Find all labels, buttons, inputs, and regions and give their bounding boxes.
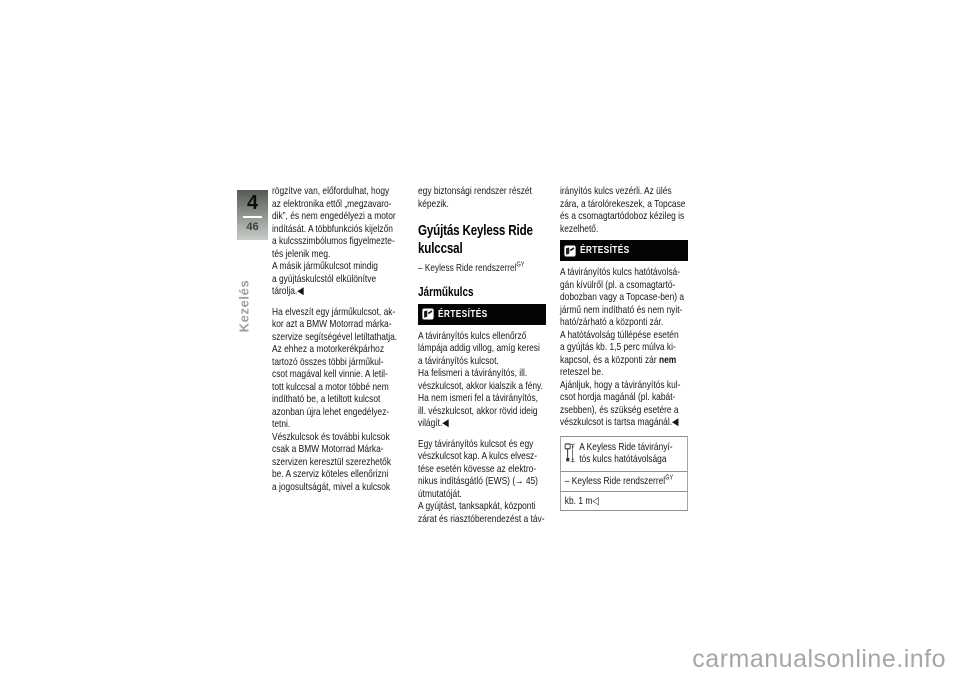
text-line: dik”, és nem engedélyezi a motor <box>272 210 400 223</box>
text-line: Ha nem ismeri fel a távirányítós, <box>418 392 546 405</box>
text-line: csot hordja magánál (pl. kabát- <box>560 391 688 404</box>
subsection-heading: Járműkulcs <box>418 285 546 299</box>
text-line: dobozban vagy a Topcase-ben) a <box>560 291 688 304</box>
text-line: kb. 1 m◁ <box>565 495 683 508</box>
chapter-number: 4 <box>237 192 268 215</box>
page-number: 46 <box>237 220 268 234</box>
text-line: be. A szerviz köteles ellenőrizni <box>272 468 400 481</box>
text-line: azonban újra lehet engedélyez- <box>272 406 400 419</box>
notice-label: ÉRTESÍTÉS <box>580 244 630 257</box>
text-line: tós kulcs hatótávolsága <box>579 453 672 466</box>
text-line: A távirányítós kulcs hatótávolsá- <box>560 266 688 279</box>
column-3: irányítós kulcs vezérli. Az ülészára, a … <box>560 185 688 511</box>
text-line: útmutatóját. <box>418 488 546 501</box>
text-line: reteszel be. <box>560 366 688 379</box>
text-line: egy biztonsági rendszer részét <box>418 185 546 198</box>
notice-icon <box>564 245 576 257</box>
text-line: nikus indításgátló (EWS) (→ 45) <box>418 475 546 488</box>
table-title: A Keyless Ride távirányí-tós kulcs hatót… <box>579 441 672 466</box>
text-line: zsebben), és szükség esetére a <box>560 404 688 417</box>
text-line: indítását. A többfunkciós kijelzőn <box>272 223 400 236</box>
text-line: vészkulcsot is tartsa magánál.◀ <box>560 416 688 429</box>
chapter-tab-divider <box>243 216 262 218</box>
text-line: képezik. <box>418 198 546 211</box>
text-line: Az ehhez a motorkerékpárhoz <box>272 343 400 356</box>
text-line: a gyújtás kb. 1,5 perc múlva ki- <box>560 341 688 354</box>
text-line: Egy távirányítós kulcsot és egy <box>418 438 546 451</box>
notice-label: ÉRTESÍTÉS <box>438 308 488 321</box>
chapter-title-text: Kezelés <box>237 280 252 333</box>
text-line: csak a BMW Motorrad Márka- <box>272 443 400 456</box>
text-line: Ha felismeri a távirányítós, ill. <box>418 367 546 380</box>
text-line: tárolja.◀ <box>272 285 400 298</box>
watermark: carmanualsonline.info <box>692 645 946 673</box>
text-line: kapcsol, és a központi zár nem <box>560 354 688 367</box>
text-line: indítható be, a letiltott kulcsot <box>272 393 400 406</box>
text-line: Vészkulcsok és további kulcsok <box>272 431 400 444</box>
text-line: tés jelenik meg. <box>272 248 400 261</box>
text-line: Gyújtás Keyless Ride <box>418 222 546 240</box>
text-line: A másik járműkulcsot mindig <box>272 260 400 273</box>
text-line: zára, a tárolórekeszek, a Topcase <box>560 198 688 211</box>
text-line: kor azt a BMW Motorrad márka- <box>272 318 400 331</box>
text-line: irányítós kulcs vezérli. Az ülés <box>560 185 688 198</box>
column-1: rögzítve van, előfordulhat, hogyaz elekt… <box>272 185 400 493</box>
text-line: A távirányítós kulcs ellenőrző <box>418 330 546 343</box>
text-line: zárat és riasztóberendezést a táv- <box>418 513 546 526</box>
text-line: az elektronika ettől „megzavaro- <box>272 198 400 211</box>
text-line: a gyújtáskulcstól elkülönítve <box>272 273 400 286</box>
chapter-tab: 4 46 <box>237 190 268 240</box>
text-line: tése esetén kövesse az elektro- <box>418 463 546 476</box>
text-line: jármű nem indítható és nem nyit- <box>560 304 688 317</box>
table-equipment-row: – Keyless Ride rendszerrelGY <box>561 472 687 492</box>
text-line: A Keyless Ride távirányí- <box>579 441 672 454</box>
equipment-variant: – Keyless Ride rendszerrelGY <box>418 263 546 276</box>
paragraph: irányítós kulcs vezérli. Az ülészára, a … <box>560 185 688 235</box>
notice-text: A távirányítós kulcs ellenőrzőlámpája ad… <box>418 330 546 430</box>
text-line: kulccsal <box>418 240 546 258</box>
text-line: a távirányítós kulcsot. <box>418 355 546 368</box>
tech-data-table: A Keyless Ride távirányí-tós kulcs hatót… <box>560 436 688 512</box>
cross-reference-link[interactable]: (→ 45) <box>512 475 538 487</box>
text-line: A hatótávolság túllépése esetén <box>560 329 688 342</box>
text-line: – Keyless Ride rendszerrelGY <box>418 263 546 276</box>
text-line: a jogosultságát, mivel a kulcsok <box>272 481 400 494</box>
text-line: ill. vészkulcsot, akkor rövid ideig <box>418 405 546 418</box>
text-line: vészkulcsot kap. A kulcs elvesz- <box>418 450 546 463</box>
text-line: világít.◀ <box>418 417 546 430</box>
text-line: – Keyless Ride rendszerrelGY <box>565 475 683 488</box>
column-2: egy biztonsági rendszer részétképezik. G… <box>418 185 546 525</box>
text-line: és a csomagtartódoboz kézileg is <box>560 210 688 223</box>
text-line: Ha elveszít egy járműkulcsot, ak- <box>272 306 400 319</box>
text-line: a kulcsszimbólumos figyelmezte- <box>272 235 400 248</box>
text-line: csot magával kell vinnie. A letil- <box>272 368 400 381</box>
paragraph: egy biztonsági rendszer részétképezik. <box>418 185 546 210</box>
notice-text: A távirányítós kulcs hatótávolsá-gán kív… <box>560 266 688 429</box>
notice-box: ÉRTESÍTÉS <box>418 304 546 325</box>
text-line: ható/zárható a központi zár. <box>560 316 688 329</box>
table-value-row: kb. 1 m◁ <box>561 492 687 511</box>
manual-page: 4 46 Kezelés rögzítve van, előfordulhat,… <box>0 0 960 679</box>
text-line: tetni. <box>272 418 400 431</box>
text-line: szervizen keresztül szerezhetők <box>272 456 400 469</box>
notice-box: ÉRTESÍTÉS <box>560 240 688 261</box>
notice-icon <box>422 308 434 320</box>
text-line: kezelhető. <box>560 223 688 236</box>
text-line: A gyújtást, tanksapkát, központi <box>418 500 546 513</box>
text-line: Ajánljuk, hogy a távirányítós kul- <box>560 379 688 392</box>
paragraph: Egy távirányítós kulcsot és egyvészkulcs… <box>418 438 546 526</box>
paragraph: rögzítve van, előfordulhat, hogyaz elekt… <box>272 185 400 298</box>
text-line: tott kulccsal a motor többé nem <box>272 381 400 394</box>
paragraph: Ha elveszít egy járműkulcsot, ak-kor azt… <box>272 306 400 494</box>
text-line: gán kívülről (pl. a csomagtartó- <box>560 279 688 292</box>
section-heading: Gyújtás Keyless Ridekulccsal <box>418 222 546 258</box>
table-title-row: A Keyless Ride távirányí-tós kulcs hatót… <box>561 437 687 473</box>
text-line: szervize segítségével letiltathatja. <box>272 331 400 344</box>
text-line: rögzítve van, előfordulhat, hogy <box>272 185 400 198</box>
key-range-icon <box>564 442 575 468</box>
text-line: lámpája addig villog, amíg keresi <box>418 342 546 355</box>
text-line: tartozó összes többi járműkul- <box>272 356 400 369</box>
text-line: vészkulcsot, akkor kialszik a fény. <box>418 380 546 393</box>
